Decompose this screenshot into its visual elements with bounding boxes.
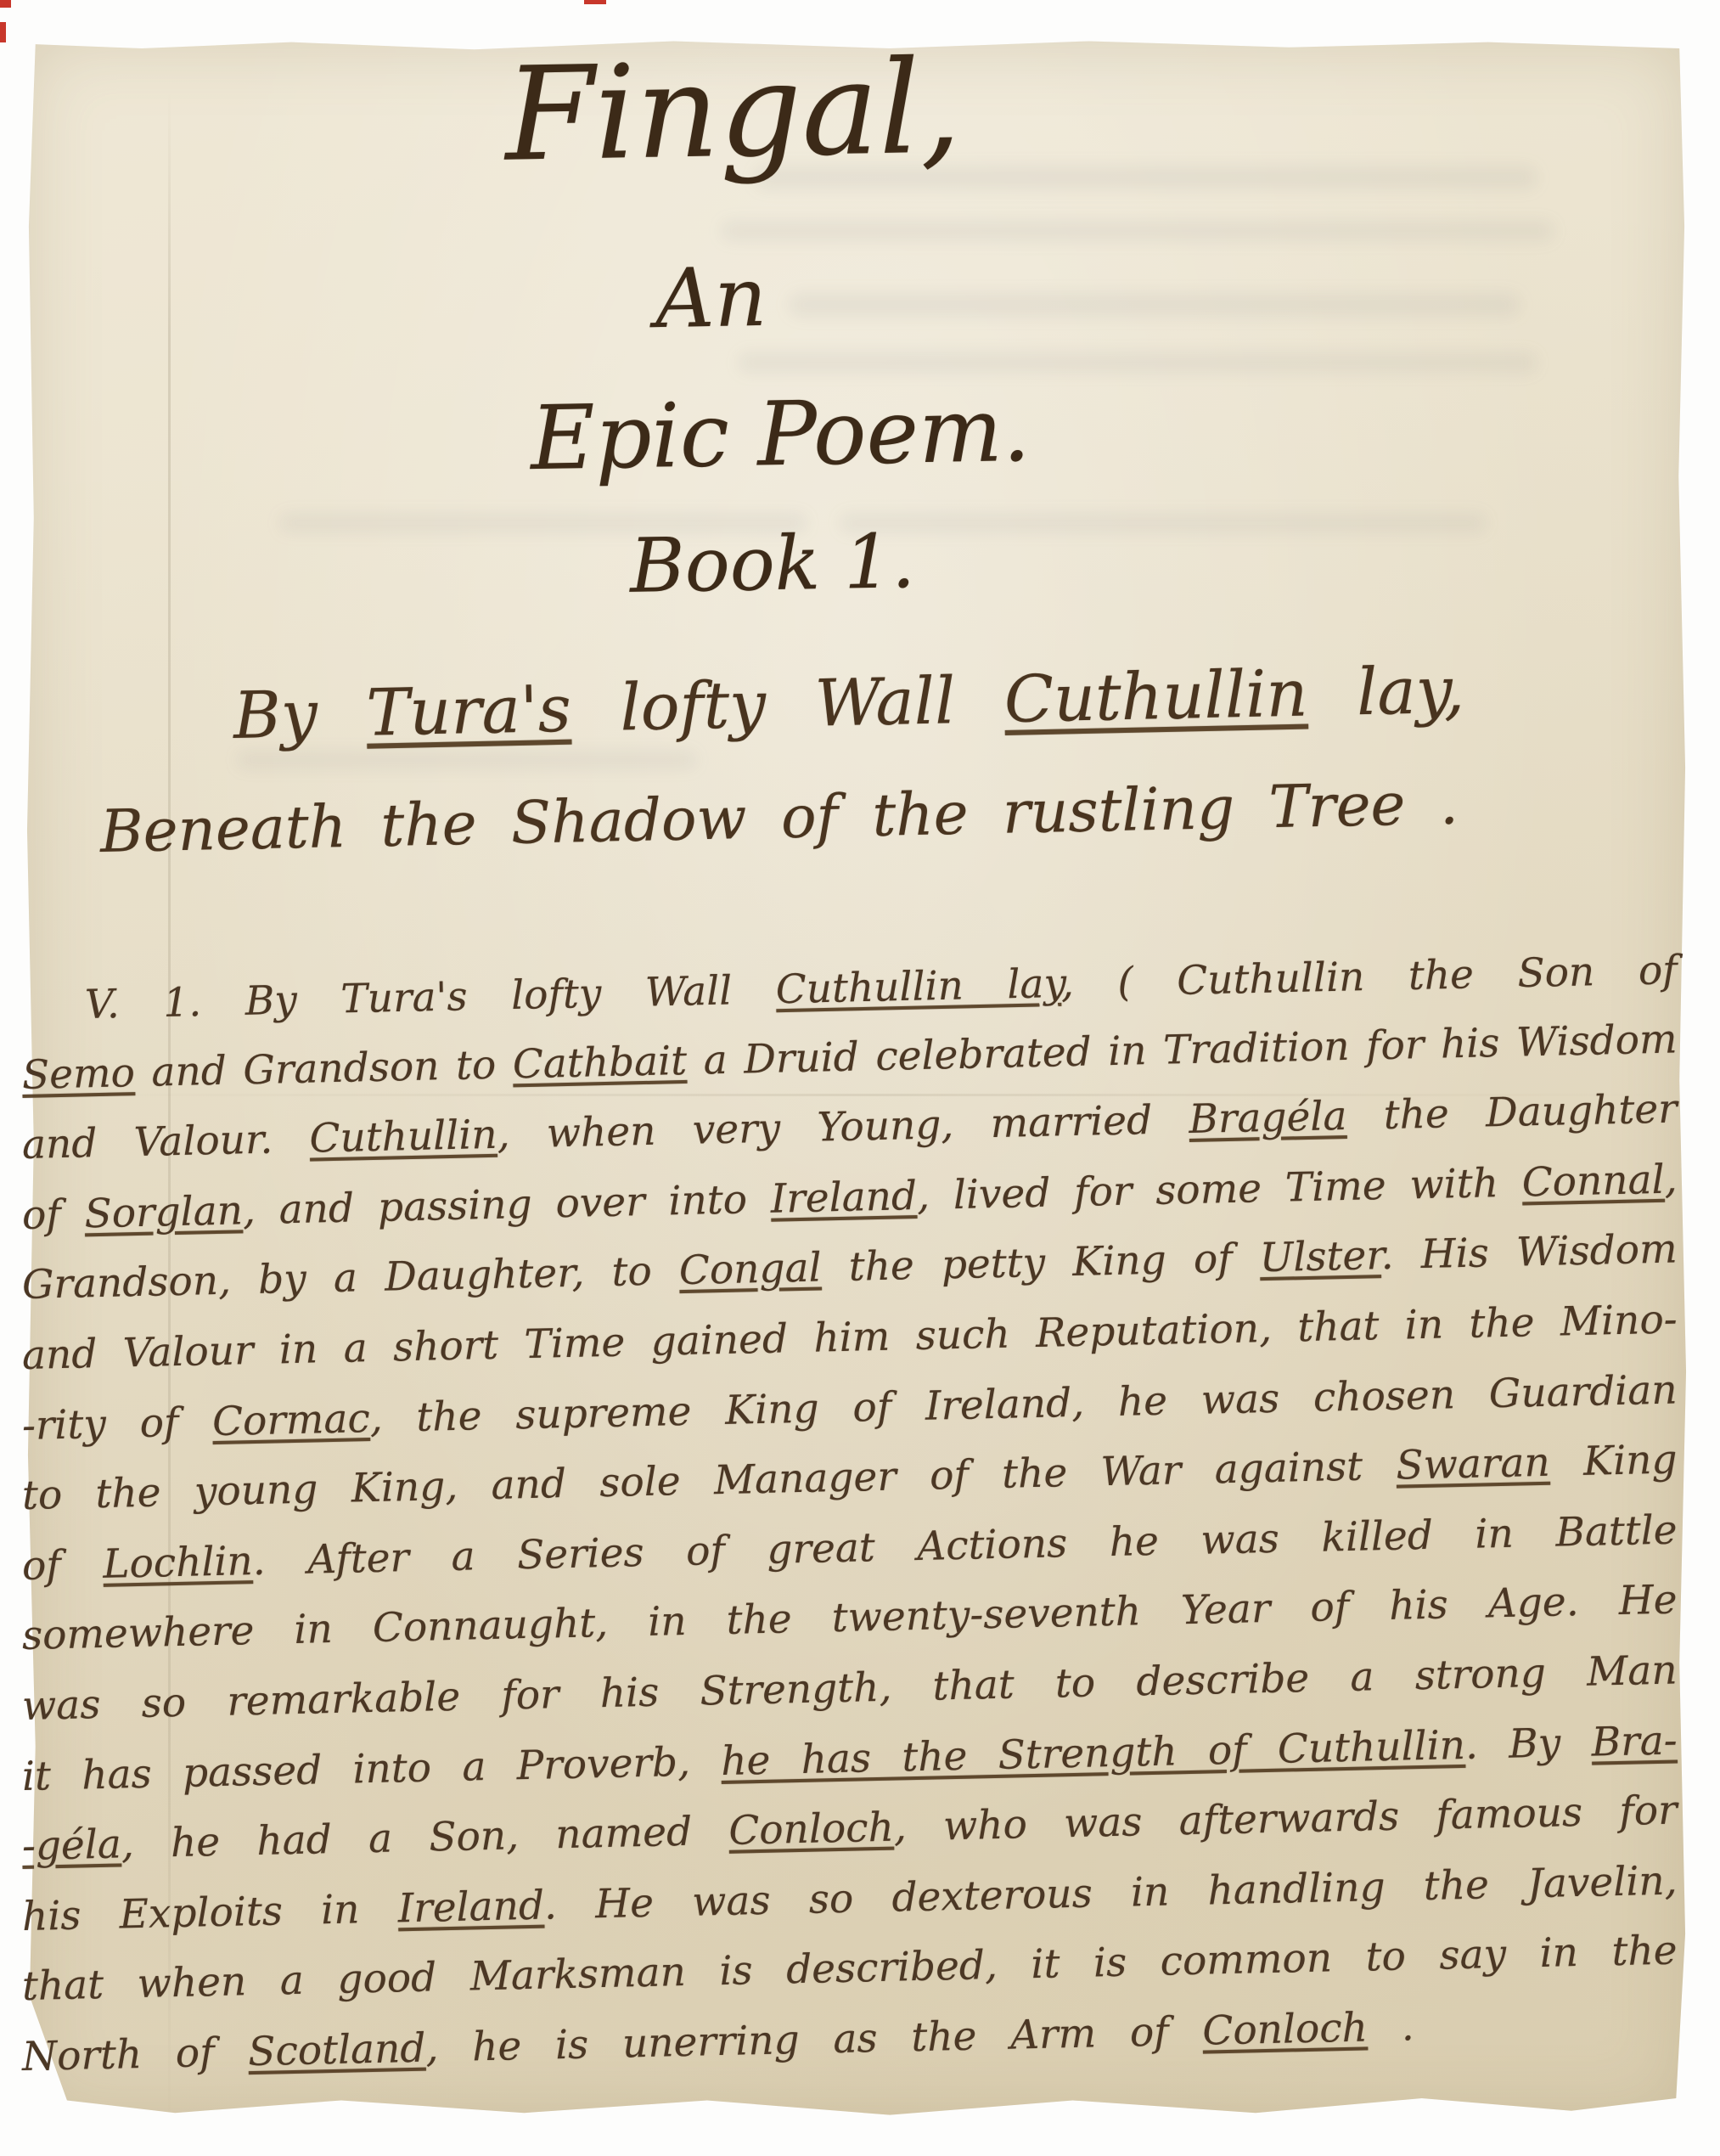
manuscript-scan: Fingal, An Epic Poem. Book 1. By Tura's … <box>0 0 1720 2156</box>
bleed-through-mark <box>739 353 1537 372</box>
underlined-word: Semo <box>21 1050 135 1099</box>
underlined-word: Ulster <box>1259 1232 1381 1281</box>
text-segment: By <box>233 675 367 753</box>
text-segment: his Exploits in <box>21 1885 398 1940</box>
text-segment: . His Wisdom <box>1380 1225 1678 1279</box>
text-segment: of <box>21 1541 104 1590</box>
text-segment: and Grandson to <box>134 1041 513 1096</box>
text-segment: the Daughter <box>1346 1085 1678 1139</box>
text-segment: . <box>1367 2003 1414 2051</box>
underlined-word: Cathbait <box>512 1038 687 1088</box>
underlined-word: Cuthullin <box>309 1112 497 1162</box>
text-segment: -rity of <box>21 1399 212 1450</box>
underlined-word: -géla <box>21 1821 121 1870</box>
underlined-word: Lochlin <box>103 1538 254 1588</box>
underlined-word: Congal <box>678 1244 822 1294</box>
underlined-word: Connal <box>1521 1157 1665 1207</box>
text-segment: King <box>1549 1436 1678 1485</box>
text-segment: , <box>1664 1156 1678 1202</box>
text-segment: the petty King of <box>821 1235 1260 1291</box>
text-segment: North of <box>21 2029 249 2080</box>
underlined-word: Cormac <box>212 1395 371 1445</box>
text-segment: lay, <box>1307 652 1464 731</box>
scan-backdrop-mark <box>0 0 11 8</box>
underlined-word: Conloch <box>728 1804 895 1855</box>
underlined-word: Ireland <box>397 1883 544 1933</box>
text-segment: of <box>21 1191 85 1239</box>
title-subline-epic-poem: Epic Poem. <box>530 378 1031 490</box>
text-segment: . By <box>1464 1720 1592 1769</box>
title-subline-book: Book 1. <box>629 517 916 610</box>
underlined-word: Bragéla <box>1189 1093 1347 1143</box>
underlined-word: Bra- <box>1591 1717 1678 1765</box>
scan-backdrop-mark <box>0 22 6 42</box>
text-segment: lofty Wall <box>571 661 1005 746</box>
page-title: Fingal, <box>503 31 962 189</box>
underlined-word: Tura's <box>366 671 572 751</box>
underlined-word: Swaran <box>1396 1439 1550 1489</box>
bleed-through-mark <box>238 752 696 768</box>
scan-backdrop-mark <box>584 0 606 4</box>
underlined-word: Conloch <box>1202 2004 1369 2054</box>
underlined-word: Sorglan <box>84 1187 244 1237</box>
underlined-word: Ireland <box>770 1173 917 1223</box>
title-subline-an: An <box>655 250 767 346</box>
underlined-word: Cuthullin <box>1003 656 1308 737</box>
bleed-through-mark <box>790 294 1520 316</box>
bleed-through-mark <box>840 515 1486 532</box>
underlined-word: Cuthullin lay <box>775 960 1061 1013</box>
text-segment: and Valour. <box>21 1116 310 1168</box>
bleed-through-mark <box>722 222 1554 240</box>
underlined-word: Scotland <box>248 2025 426 2076</box>
